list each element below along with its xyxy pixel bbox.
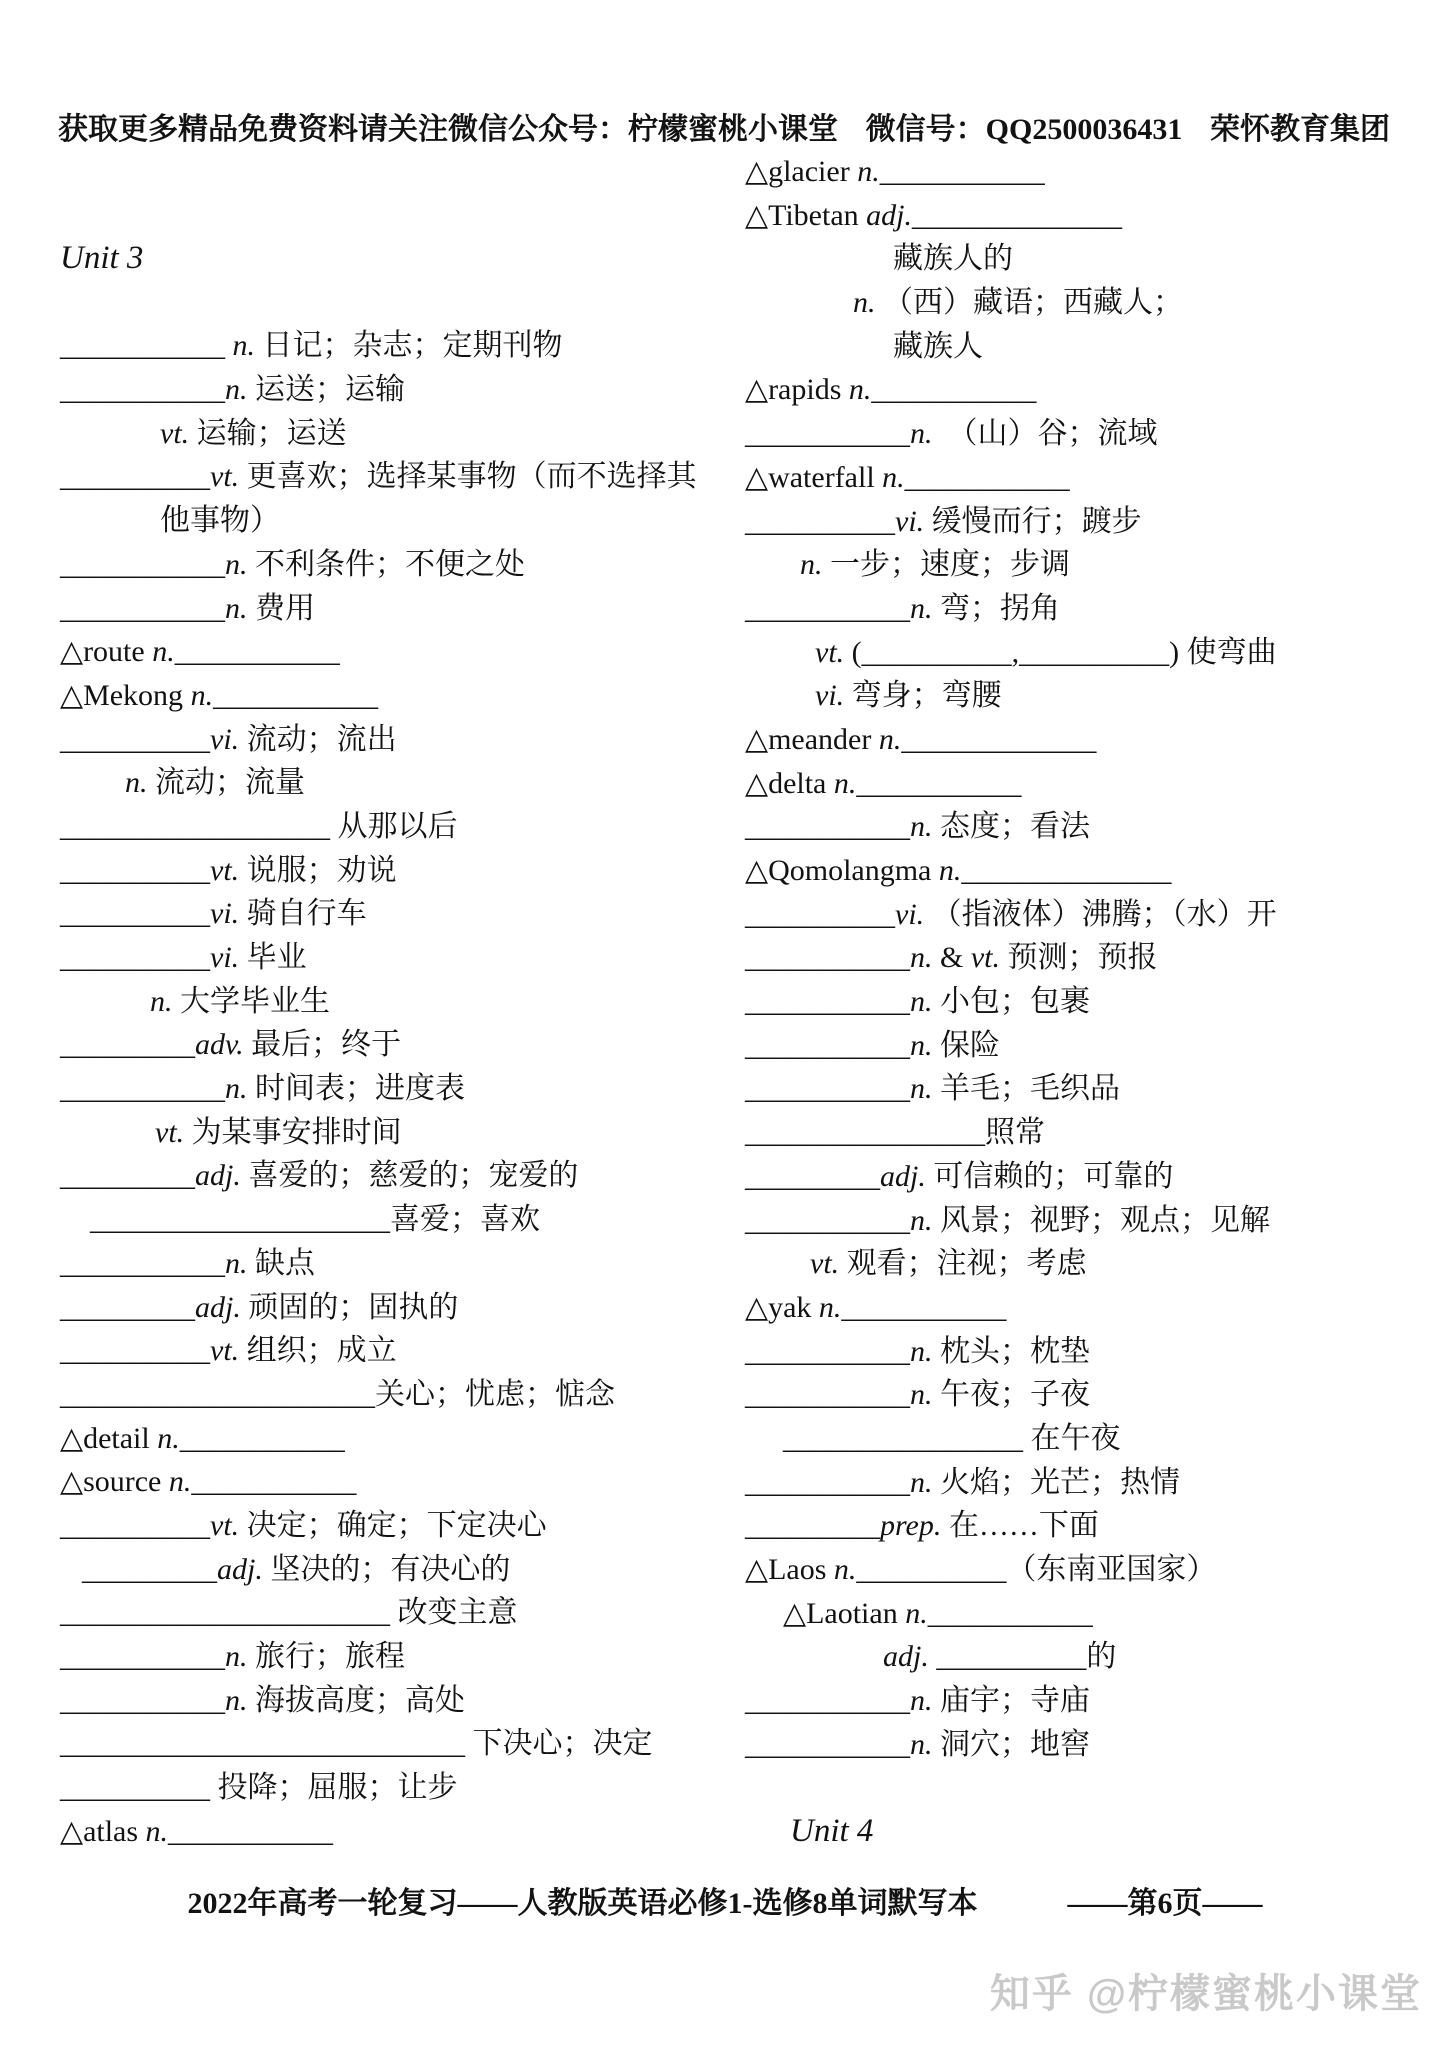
word-entry-line: ___________n. & vt. 预测；预报	[745, 936, 1405, 980]
entry-text: _________	[745, 1509, 880, 1542]
word-entry-line: ___________n. 小包；包裹	[745, 980, 1405, 1024]
entry-text: ______________	[912, 199, 1122, 232]
entry-text: __________________ 从那以后	[60, 810, 458, 843]
entry-text: 枕头；枕垫	[933, 1335, 1091, 1368]
word-entry-line: _________prep. 在……下面	[745, 1504, 1405, 1548]
entry-text: &	[933, 941, 971, 974]
entry-text: △waterfall	[745, 461, 882, 494]
company-name: 荣怀教育集团	[1210, 104, 1390, 148]
entry-text: （山）谷；流域	[933, 417, 1158, 450]
entry-text: 他事物）	[160, 504, 280, 537]
word-entry-line: ___________n. 羊毛；毛织品	[745, 1067, 1405, 1111]
word-entry-line: vt. 运输；运送	[60, 412, 745, 456]
unit-3-heading: Unit 3	[60, 237, 745, 281]
word-entry-line: n. 一步；速度；步调	[745, 543, 1405, 587]
entry-text: ___________	[745, 417, 910, 450]
entry-text: ___________	[175, 635, 340, 668]
word-entry-line: vi. 弯身；弯腰	[745, 674, 1405, 718]
entry-text: 决定；确定；下定决心	[239, 1509, 547, 1542]
part-of-speech-label: n.	[225, 373, 248, 406]
word-entry-line: △Laotian n.___________	[745, 1592, 1405, 1636]
entry-text: ___________________________ 下决心；决定	[60, 1727, 653, 1760]
part-of-speech-label: n.	[910, 1204, 933, 1237]
word-entry-line: __________vi. 毕业	[60, 936, 745, 980]
entry-text: __________	[60, 897, 210, 930]
entry-text: ___________	[191, 1465, 356, 1498]
word-entry-line: △delta n.___________	[745, 762, 1405, 806]
part-of-speech-label: vt.	[810, 1247, 839, 1280]
word-entry-line: _________adv. 最后；终于	[60, 1023, 745, 1067]
part-of-speech-label: vi.	[210, 897, 239, 930]
entry-text: 保险	[933, 1029, 1001, 1062]
entry-text: _____________	[901, 723, 1096, 756]
part-of-speech-label: prep.	[880, 1509, 941, 1542]
part-of-speech-label: n.	[882, 461, 905, 494]
entry-text: ___________	[905, 461, 1070, 494]
header-notice: 获取更多精品免费资料请关注微信公众号：柠檬蜜桃小课堂 微信号：QQ2500036…	[58, 104, 1390, 148]
entry-text: △Qomolangma	[745, 854, 939, 887]
part-of-speech-label: n.	[225, 1247, 248, 1280]
part-of-speech-label: n.	[910, 1335, 933, 1368]
entry-text: ___________	[168, 1815, 333, 1848]
entry-text: ___________	[60, 329, 233, 362]
word-entry-line: ___________n. 枕头；枕垫	[745, 1330, 1405, 1374]
entry-text: ____________________喜爱；喜欢	[90, 1203, 540, 1236]
entry-text: __________	[745, 505, 895, 538]
entry-text: ___________	[60, 1247, 225, 1280]
word-entry-line: __________vi. 骑自行车	[60, 892, 745, 936]
entry-text: _________	[60, 1159, 195, 1192]
entry-text: 一步；速度；步调	[823, 548, 1071, 581]
word-entry-line: ___________n. 风景；视野；观点；见解	[745, 1199, 1405, 1243]
entry-text: 弯身；弯腰	[844, 679, 1002, 712]
part-of-speech-label: vt.	[160, 417, 189, 450]
word-entry-line: △Laos n.__________（东南亚国家）	[745, 1548, 1405, 1592]
entry-text: ___________	[880, 155, 1045, 188]
part-of-speech-label: n.	[910, 941, 933, 974]
part-of-speech-label: n.	[910, 1684, 933, 1717]
entry-text: △glacier	[745, 155, 857, 188]
entry-text: (__________,__________) 使弯曲	[844, 636, 1276, 669]
word-entry-line: △Qomolangma n.______________	[745, 849, 1405, 893]
entry-text: 说服；劝说	[239, 854, 397, 887]
part-of-speech-label: n.	[146, 1815, 169, 1848]
part-of-speech-label: adj.	[866, 199, 912, 232]
entry-text: 藏族人	[893, 330, 983, 363]
entry-text: __________	[60, 1334, 210, 1367]
word-entry-line: ________________ 在午夜	[745, 1417, 1405, 1461]
word-entry-line: △rapids n.___________	[745, 368, 1405, 412]
entry-text: 庙宇；寺庙	[933, 1684, 1091, 1717]
entry-text: 弯；拐角	[933, 592, 1061, 625]
word-entry-line: __________vt. 组织；成立	[60, 1329, 745, 1373]
word-entry-line: __________vi. （指液体）沸腾；（水）开	[745, 893, 1405, 937]
part-of-speech-label: n.	[834, 1553, 857, 1586]
word-entry-line: ___________ n. 日记；杂志；定期刊物	[60, 324, 745, 368]
part-of-speech-label: n.	[905, 1597, 928, 1630]
entry-text: ______________________ 改变主意	[60, 1596, 518, 1629]
entry-text: ___________	[180, 1422, 345, 1455]
word-entry-line: n. 流动；流量	[60, 761, 745, 805]
word-entry-line: n. 大学毕业生	[60, 980, 745, 1024]
zhihu-watermark: 知乎 @柠檬蜜桃小课堂	[990, 1962, 1422, 2019]
part-of-speech-label: n.	[910, 1466, 933, 1499]
worksheet-page: 获取更多精品免费资料请关注微信公众号：柠檬蜜桃小课堂 微信号：QQ2500036…	[0, 0, 1450, 2048]
entry-text: _________	[745, 1160, 880, 1193]
entry-text: 火焰；光芒；热情	[933, 1466, 1181, 1499]
word-entry-line: __________________ 从那以后	[60, 805, 745, 849]
entry-text: ___________	[60, 1072, 225, 1105]
entry-text: 运送；运输	[248, 373, 406, 406]
entry-text: 流动；流量	[148, 766, 306, 799]
part-of-speech-label: n.	[125, 766, 148, 799]
entry-text: ___________	[841, 1291, 1006, 1324]
word-entry-line: adj. __________的	[745, 1635, 1405, 1679]
entry-text: __________	[60, 460, 210, 493]
entry-text: △detail	[60, 1422, 157, 1455]
entry-text: 预测；预报	[1000, 941, 1158, 974]
entry-text: __________	[745, 898, 895, 931]
entry-text: __________	[60, 1509, 210, 1542]
word-entry-line: ___________n. 时间表；进度表	[60, 1067, 745, 1111]
part-of-speech-label: n.	[910, 1728, 933, 1761]
wechat-id: 微信号：QQ2500036431	[866, 104, 1183, 148]
part-of-speech-label: adj.	[195, 1159, 241, 1192]
entry-text: ___________	[745, 1029, 910, 1062]
entry-text: 大学毕业生	[173, 985, 331, 1018]
word-entry-line: ____________________喜爱；喜欢	[60, 1198, 745, 1242]
entry-text: ________________ 在午夜	[783, 1422, 1121, 1455]
word-entry-line: __________vt. 决定；确定；下定决心	[60, 1504, 745, 1548]
entry-text: ___________	[745, 1378, 910, 1411]
part-of-speech-label: n.	[939, 854, 962, 887]
entry-text: 顽固的；固执的	[241, 1291, 459, 1324]
part-of-speech-label: vi.	[815, 679, 844, 712]
entry-text: _________	[60, 1291, 195, 1324]
entry-text: 流动；流出	[239, 723, 397, 756]
entry-text: （东南亚国家）	[1006, 1553, 1216, 1586]
word-entry-line: ___________n. 洞穴；地窖	[745, 1723, 1405, 1767]
part-of-speech-label: adj.	[880, 1160, 926, 1193]
word-entry-line: ___________n. 运送；运输	[60, 368, 745, 412]
word-entry-line: △meander n._____________	[745, 718, 1405, 762]
word-entry-line: △atlas n.___________	[60, 1810, 745, 1854]
word-entry-line: △yak n.___________	[745, 1286, 1405, 1330]
entry-text: △rapids	[745, 373, 849, 406]
unit-4-heading: Unit 4	[745, 1810, 1405, 1854]
entry-text: 小包；包裹	[933, 985, 1091, 1018]
wechat-account-notice: 获取更多精品免费资料请关注微信公众号：柠檬蜜桃小课堂	[58, 104, 838, 148]
word-entry-line: ___________n. 弯；拐角	[745, 587, 1405, 631]
part-of-speech-label: vi.	[895, 898, 924, 931]
entry-text: ___________	[745, 985, 910, 1018]
entry-text: 为某事安排时间	[184, 1116, 402, 1149]
entry-text: 羊毛；毛织品	[933, 1072, 1121, 1105]
part-of-speech-label: n.	[157, 1422, 180, 1455]
entry-text: 喜爱的；慈爱的；宠爱的	[241, 1159, 579, 1192]
part-of-speech-label: vi.	[210, 723, 239, 756]
entry-text: 藏族人的	[893, 242, 1013, 275]
entry-text: 运输；运送	[189, 417, 347, 450]
word-entry-line: ___________n. 旅行；旅程	[60, 1635, 745, 1679]
word-entry-line: vt. 为某事安排时间	[60, 1111, 745, 1155]
word-entry-line: __________vt. 说服；劝说	[60, 849, 745, 893]
spacer	[745, 1766, 1405, 1810]
part-of-speech-label: n.	[910, 810, 933, 843]
part-of-speech-label: n.	[910, 1029, 933, 1062]
entry-text: ___________	[745, 1335, 910, 1368]
word-entry-line: 藏族人	[745, 325, 1405, 369]
entry-text: ___________	[745, 592, 910, 625]
entry-text: 旅行；旅程	[248, 1640, 406, 1673]
entry-text: ___________	[928, 1597, 1093, 1630]
entry-text: 组织；成立	[239, 1334, 397, 1367]
entry-text: ___________	[871, 373, 1036, 406]
part-of-speech-label: n.	[152, 635, 175, 668]
word-entry-line: 藏族人的	[745, 237, 1405, 281]
part-of-speech-label: n.	[150, 985, 173, 1018]
entry-text: __________	[60, 941, 210, 974]
part-of-speech-label: n.	[819, 1291, 842, 1324]
entry-text: ___________	[745, 1728, 910, 1761]
word-entry-line: ___________n. 费用	[60, 587, 745, 631]
part-of-speech-label: adv.	[195, 1028, 244, 1061]
entry-text: 洞穴；地窖	[933, 1728, 1091, 1761]
part-of-speech-label: n.	[853, 286, 876, 319]
entry-text: 日记；杂志；定期刊物	[255, 329, 563, 362]
word-entry-line: ___________n. 海拔高度；高处	[60, 1679, 745, 1723]
entry-text: __________的	[929, 1640, 1117, 1673]
word-entry-line: 他事物）	[60, 499, 745, 543]
part-of-speech-label: n.	[910, 1378, 933, 1411]
word-entry-line: ___________n. 保险	[745, 1024, 1405, 1068]
entry-text: ___________	[745, 810, 910, 843]
part-of-speech-label: vt.	[971, 941, 1000, 974]
entry-text: 最后；终于	[244, 1028, 402, 1061]
entry-text: ___________	[213, 679, 378, 712]
entry-text: 费用	[248, 592, 316, 625]
entry-text: 缺点	[248, 1247, 316, 1280]
word-entry-line: △source n.___________	[60, 1460, 745, 1504]
word-entry-line: △waterfall n.___________	[745, 456, 1405, 500]
part-of-speech-label: adj.	[883, 1640, 929, 1673]
part-of-speech-label: vt.	[210, 1334, 239, 1367]
word-entry-line: _________adj. 喜爱的；慈爱的；宠爱的	[60, 1154, 745, 1198]
word-entry-line: ___________________________ 下决心；决定	[60, 1722, 745, 1766]
entry-text: ________________照常	[745, 1116, 1045, 1149]
entry-text: 海拔高度；高处	[248, 1684, 466, 1717]
entry-text: 骑自行车	[239, 897, 367, 930]
word-entry-line: △Tibetan adj.______________	[745, 194, 1405, 238]
entry-text: ___________	[856, 767, 1021, 800]
part-of-speech-label: n.	[910, 417, 933, 450]
entry-text: ___________	[60, 373, 225, 406]
part-of-speech-label: n.	[225, 1072, 248, 1105]
entry-text: △Tibetan	[745, 199, 866, 232]
word-entry-line: ___________n. （山）谷；流域	[745, 412, 1405, 456]
part-of-speech-label: n.	[800, 548, 823, 581]
part-of-speech-label: vt.	[210, 460, 239, 493]
entry-text: ______________	[961, 854, 1171, 887]
part-of-speech-label: vt.	[815, 636, 844, 669]
entry-text: 午夜；子夜	[933, 1378, 1091, 1411]
word-entry-line: n. （西）藏语；西藏人；	[745, 281, 1405, 325]
entry-text: ___________	[745, 941, 910, 974]
entry-text: 在……下面	[941, 1509, 1099, 1542]
entry-text: _________	[60, 1028, 195, 1061]
part-of-speech-label: n.	[225, 592, 248, 625]
part-of-speech-label: vi.	[210, 941, 239, 974]
entry-text: △atlas	[60, 1815, 146, 1848]
entry-text: △delta	[745, 767, 834, 800]
word-entry-line: ___________n. 庙宇；寺庙	[745, 1679, 1405, 1723]
entry-text: __________ 投降；屈服；让步	[60, 1771, 458, 1804]
entry-text: ___________	[60, 1684, 225, 1717]
part-of-speech-label: n.	[879, 723, 902, 756]
entry-text: △meander	[745, 723, 879, 756]
word-entry-line: ___________n. 午夜；子夜	[745, 1373, 1405, 1417]
entry-text: ___________	[745, 1684, 910, 1717]
word-entry-line: vt. 观看；注视；考虑	[745, 1242, 1405, 1286]
entry-text: __________	[856, 1553, 1006, 1586]
part-of-speech-label: adj.	[195, 1291, 241, 1324]
word-entry-line: ___________n. 态度；看法	[745, 805, 1405, 849]
word-entry-line: _________adj. 可信赖的；可靠的	[745, 1155, 1405, 1199]
word-entry-line: ______________________ 改变主意	[60, 1591, 745, 1635]
word-entry-line: _________adj. 坚决的；有决心的	[60, 1548, 745, 1592]
entry-text: _________	[82, 1553, 217, 1586]
word-entry-line: ___________n. 缺点	[60, 1242, 745, 1286]
word-entry-line: △glacier n.___________	[745, 150, 1405, 194]
entry-text: __________	[60, 723, 210, 756]
part-of-speech-label: adj.	[217, 1553, 263, 1586]
word-entry-line: __________vi. 缓慢而行；踱步	[745, 500, 1405, 544]
entry-text: _____________________关心；忧虑；惦念	[60, 1378, 615, 1411]
vocab-column-left: Unit 3 ___________ n. 日记；杂志；定期刊物________…	[60, 237, 745, 1853]
entry-text: 态度；看法	[933, 810, 1091, 843]
entry-text: 毕业	[239, 941, 307, 974]
left-word-list: ___________ n. 日记；杂志；定期刊物___________n. 运…	[60, 324, 745, 1853]
entry-text: 更喜欢；选择某事物（而不选择其	[239, 460, 697, 493]
part-of-speech-label: n.	[910, 985, 933, 1018]
entry-text: △yak	[745, 1291, 819, 1324]
entry-text: （西）藏语；西藏人；	[876, 286, 1184, 319]
right-word-list: △glacier n.___________△Tibetan adj._____…	[745, 150, 1405, 1766]
entry-text: 观看；注视；考虑	[839, 1247, 1087, 1280]
word-entry-line: vt. (__________,__________) 使弯曲	[745, 631, 1405, 675]
page-footer: 2022年高考一轮复习——人教版英语必修1-选修8单词默写本 ——第6页——	[0, 1878, 1450, 1922]
vocab-column-right: △glacier n.___________△Tibetan adj._____…	[745, 150, 1405, 1854]
entry-text: 可信赖的；可靠的	[926, 1160, 1174, 1193]
entry-text: △Laos	[745, 1553, 834, 1586]
entry-text: △Mekong	[60, 679, 191, 712]
part-of-speech-label: n.	[910, 592, 933, 625]
entry-text: （指液体）沸腾；（水）开	[924, 898, 1277, 931]
entry-text: 缓慢而行；踱步	[924, 505, 1142, 538]
word-entry-line: _____________________关心；忧虑；惦念	[60, 1373, 745, 1417]
word-entry-line: ___________n. 不利条件；不便之处	[60, 543, 745, 587]
entry-text: ___________	[745, 1072, 910, 1105]
word-entry-line: △detail n.___________	[60, 1417, 745, 1461]
entry-text: △Laotian	[783, 1597, 905, 1630]
word-entry-line: __________ 投降；屈服；让步	[60, 1766, 745, 1810]
footer-page-number: ——第6页——	[1068, 1878, 1263, 1922]
entry-text: 坚决的；有决心的	[263, 1553, 511, 1586]
part-of-speech-label: n.	[169, 1465, 192, 1498]
part-of-speech-label: n.	[857, 155, 880, 188]
entry-text: ___________	[745, 1466, 910, 1499]
part-of-speech-label: vi.	[895, 505, 924, 538]
word-entry-line: __________vi. 流动；流出	[60, 718, 745, 762]
word-entry-line: ________________照常	[745, 1111, 1405, 1155]
word-entry-line: __________vt. 更喜欢；选择某事物（而不选择其	[60, 455, 745, 499]
entry-text: △source	[60, 1465, 169, 1498]
part-of-speech-label: n.	[225, 1640, 248, 1673]
part-of-speech-label: vt.	[155, 1116, 184, 1149]
entry-text: ___________	[60, 1640, 225, 1673]
part-of-speech-label: n.	[910, 1072, 933, 1105]
entry-text: __________	[60, 854, 210, 887]
word-entry-line: _________adj. 顽固的；固执的	[60, 1286, 745, 1330]
entry-text: △route	[60, 635, 152, 668]
part-of-speech-label: n.	[191, 679, 214, 712]
entry-text: 时间表；进度表	[248, 1072, 466, 1105]
part-of-speech-label: n.	[225, 1684, 248, 1717]
spacer	[60, 281, 745, 325]
part-of-speech-label: n.	[233, 329, 256, 362]
footer-title: 2022年高考一轮复习——人教版英语必修1-选修8单词默写本	[188, 1878, 978, 1922]
entry-text: ___________	[60, 548, 225, 581]
part-of-speech-label: vt.	[210, 854, 239, 887]
part-of-speech-label: vt.	[210, 1509, 239, 1542]
word-entry-line: ___________n. 火焰；光芒；热情	[745, 1461, 1405, 1505]
entry-text: ___________	[60, 592, 225, 625]
part-of-speech-label: n.	[849, 373, 872, 406]
word-entry-line: △Mekong n.___________	[60, 674, 745, 718]
part-of-speech-label: n.	[225, 548, 248, 581]
part-of-speech-label: n.	[834, 767, 857, 800]
entry-text: ___________	[745, 1204, 910, 1237]
entry-text: 不利条件；不便之处	[248, 548, 526, 581]
entry-text: 风景；视野；观点；见解	[933, 1204, 1271, 1237]
word-entry-line: △route n.___________	[60, 630, 745, 674]
